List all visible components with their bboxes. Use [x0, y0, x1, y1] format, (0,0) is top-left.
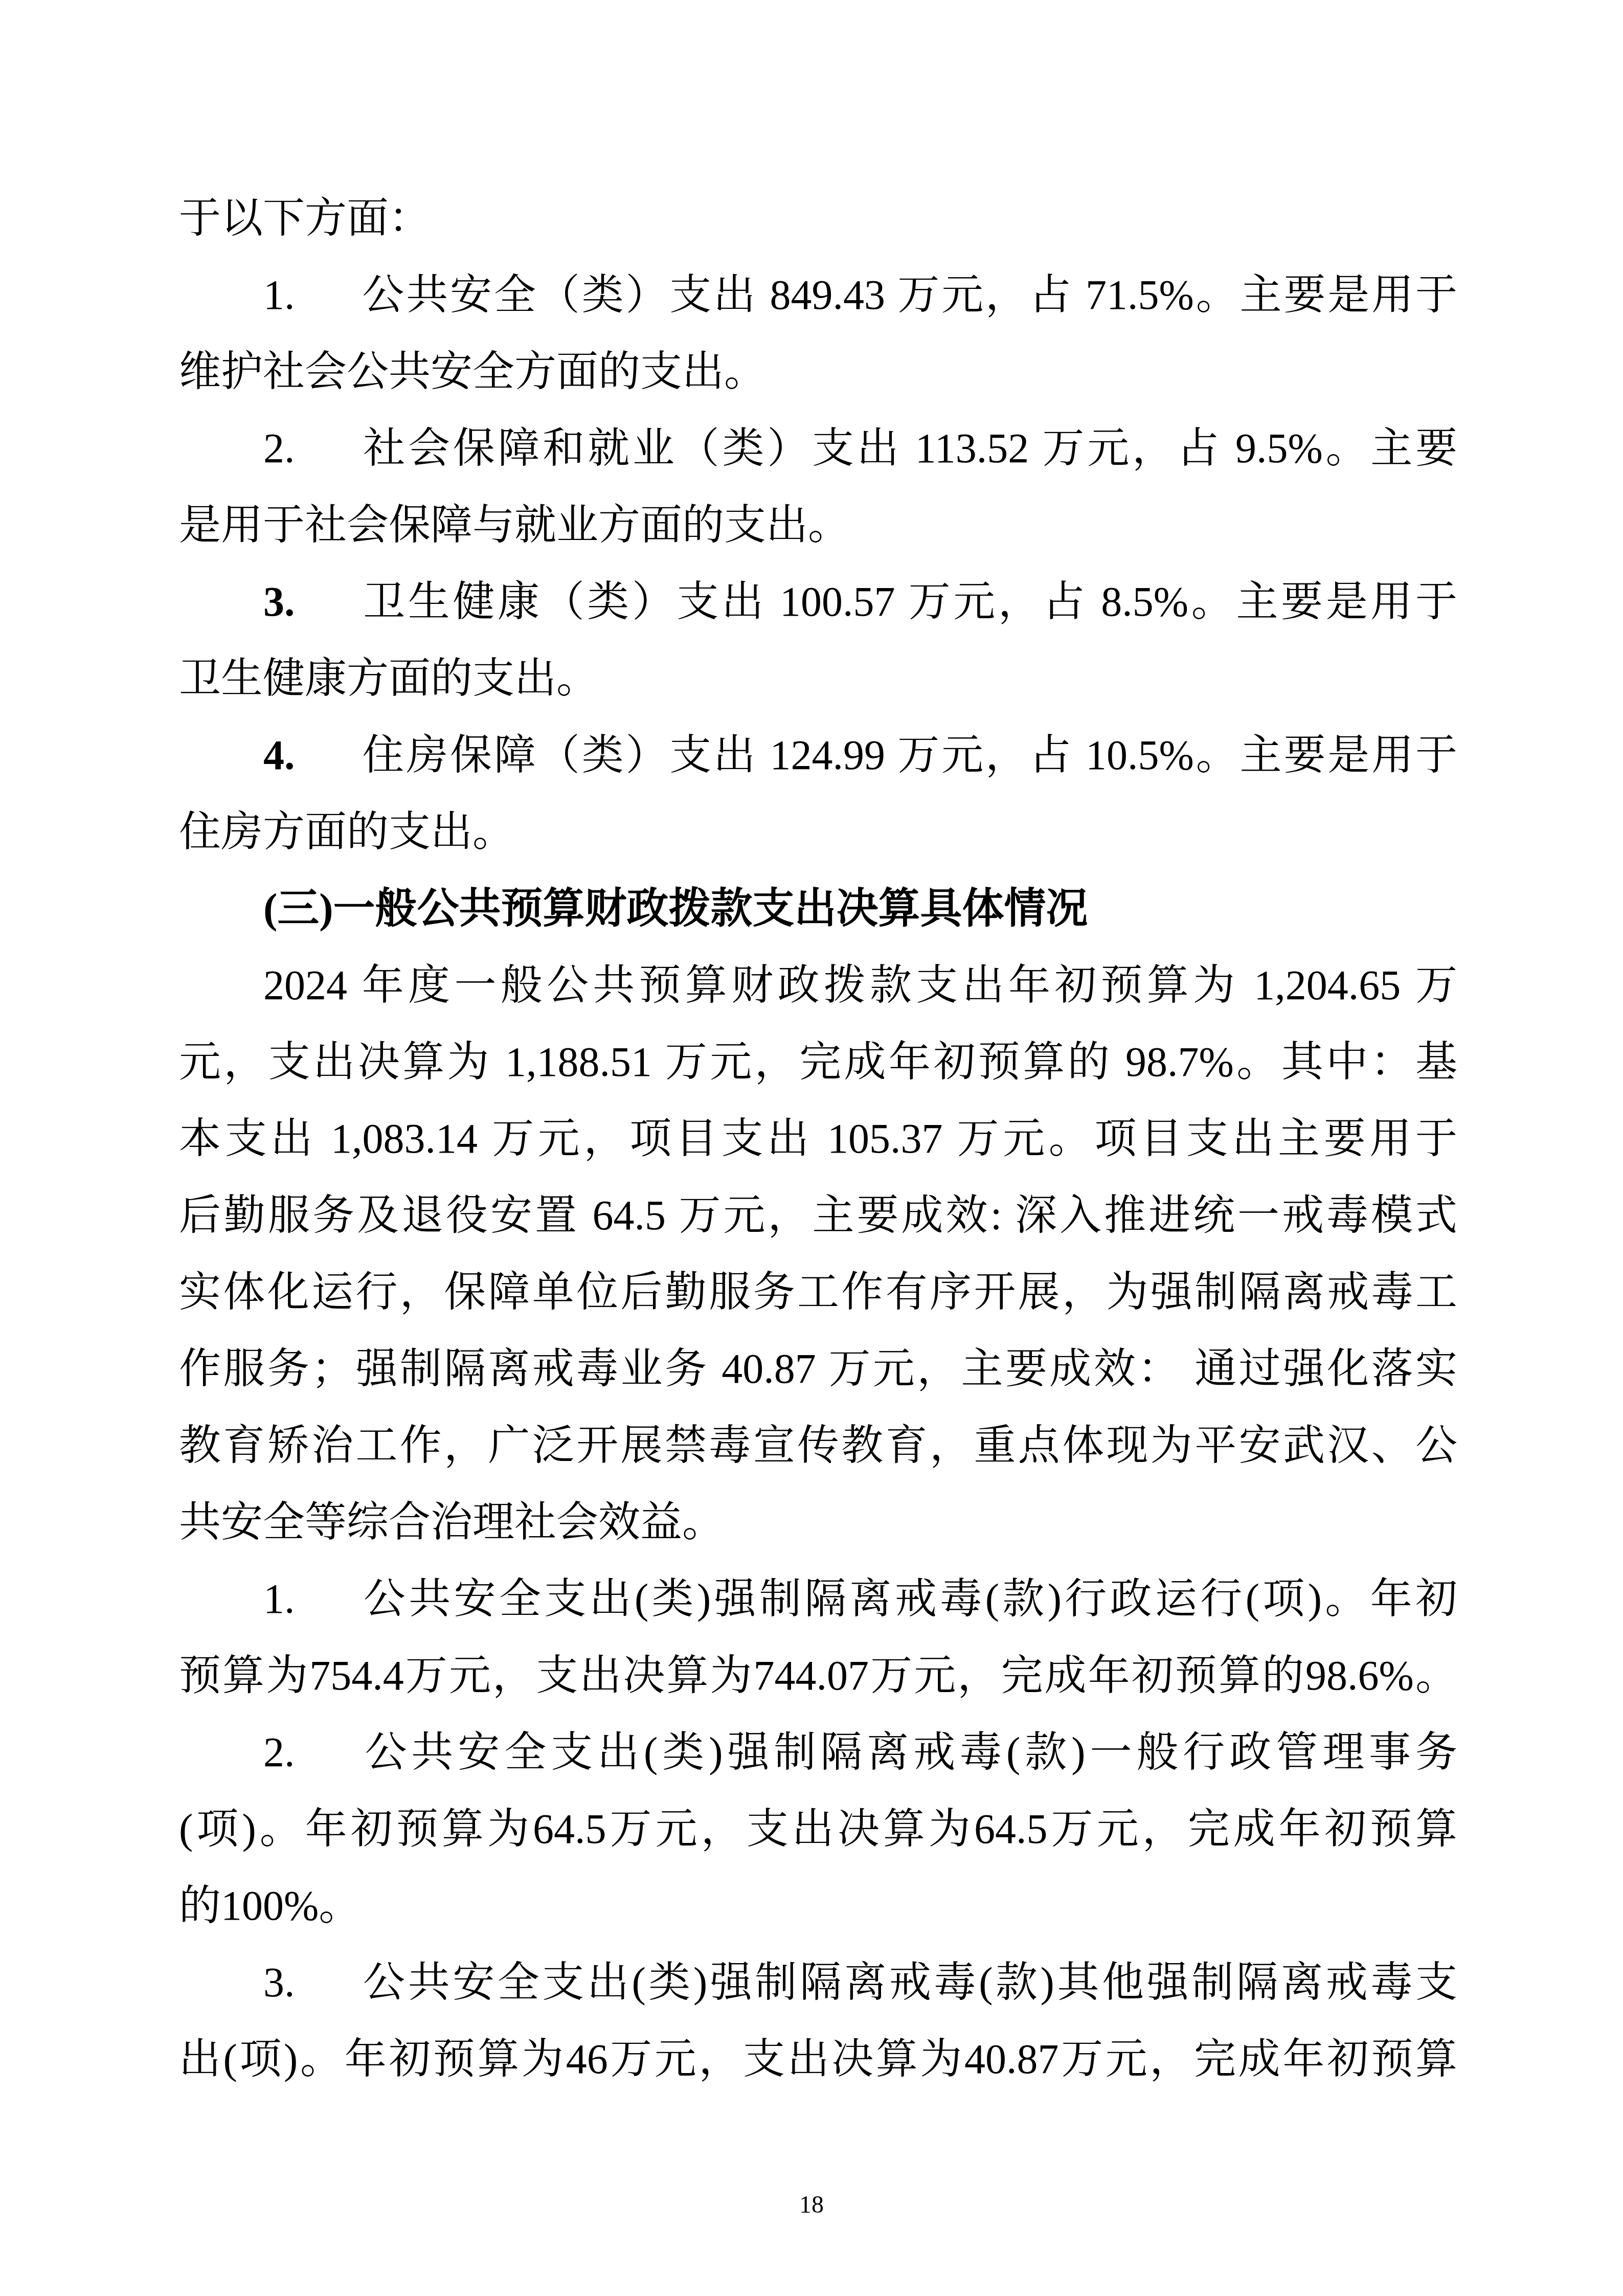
line-text: 出(项)。年初预算为46万元，支出决算为40.87万元，完成年初预算 — [179, 2036, 1457, 2082]
text-line: 本支出 1,083.14 万元，项目支出 105.37 万元。项目支出主要用于 — [179, 1100, 1457, 1177]
document-page: 于以下方面： 1.公共安全（类）支出 849.43 万元，占 71.5%。主要是… — [0, 0, 1623, 2296]
text-line: 卫生健康方面的支出。 — [179, 640, 1457, 717]
line-text: 于以下方面： — [179, 195, 431, 241]
list-marker: 4. — [263, 732, 295, 778]
line-text: 本支出 1,083.14 万元，项目支出 105.37 万元。项目支出主要用于 — [179, 1115, 1457, 1162]
line-text: 社会保障和就业（类）支出 113.52 万元，占 9.5%。主要 — [360, 425, 1458, 471]
text-line: 维护社会公共安全方面的支出。 — [179, 333, 1457, 410]
list-item-line: 1.公共安全支出(类)强制隔离戒毒(款)行政运行(项)。年初 — [179, 1561, 1457, 1637]
line-text: 公共安全支出(类)强制隔离戒毒(款)一般行政管理事务 — [360, 1729, 1458, 1775]
list-item-line: 3.公共安全支出(类)强制隔离戒毒(款)其他强制隔离戒毒支 — [179, 1944, 1457, 2021]
line-text: 是用于社会保障与就业方面的支出。 — [179, 502, 850, 548]
line-text: 2024 年度一般公共预算财政拨款支出年初预算为 1,204.65 万 — [263, 962, 1457, 1008]
page-number: 18 — [799, 2191, 824, 2218]
text-line: 2024 年度一般公共预算财政拨款支出年初预算为 1,204.65 万 — [179, 947, 1457, 1024]
line-text: 的100%。 — [179, 1882, 360, 1929]
list-item-line: 2.社会保障和就业（类）支出 113.52 万元，占 9.5%。主要 — [179, 410, 1457, 487]
text-line: 教育矫治工作，广泛开展禁毒宣传教育，重点体现为平安武汉、公 — [179, 1407, 1457, 1484]
list-item-line: 1.公共安全（类）支出 849.43 万元，占 71.5%。主要是用于 — [179, 257, 1457, 333]
list-item-line: 4.住房保障（类）支出 124.99 万元，占 10.5%。主要是用于 — [179, 717, 1457, 794]
text-line: 实体化运行，保障单位后勤服务工作有序开展，为强制隔离戒毒工 — [179, 1254, 1457, 1331]
list-item-line: 2.公共安全支出(类)强制隔离戒毒(款)一般行政管理事务 — [179, 1714, 1457, 1791]
section-heading: (三)一般公共预算财政拨款支出决算具体情况 — [179, 870, 1457, 947]
line-text: 元，支出决算为 1,188.51 万元，完成年初预算的 98.7%。其中：基 — [179, 1039, 1457, 1085]
line-text: 共安全等综合治理社会效益。 — [179, 1499, 724, 1545]
text-line: 后勤服务及退役安置 64.5 万元，主要成效: 深入推进统一戒毒模式 — [179, 1177, 1457, 1254]
line-text: 后勤服务及退役安置 64.5 万元，主要成效: 深入推进统一戒毒模式 — [179, 1192, 1457, 1239]
list-marker: 3. — [263, 1959, 295, 2006]
text-line: 元，支出决算为 1,188.51 万元，完成年初预算的 98.7%。其中：基 — [179, 1024, 1457, 1100]
line-text: 公共安全支出(类)强制隔离戒毒(款)行政运行(项)。年初 — [360, 1575, 1458, 1622]
text-line: 是用于社会保障与就业方面的支出。 — [179, 487, 1457, 564]
text-line: 于以下方面： — [179, 180, 1457, 257]
line-text: 预算为754.4万元，支出决算为744.07万元，完成年初预算的98.6%。 — [179, 1652, 1457, 1699]
text-line: 预算为754.4万元，支出决算为744.07万元，完成年初预算的98.6%。 — [179, 1637, 1457, 1714]
line-text: 住房保障（类）支出 124.99 万元，占 10.5%。主要是用于 — [360, 732, 1458, 778]
line-text: 公共安全支出(类)强制隔离戒毒(款)其他强制隔离戒毒支 — [360, 1959, 1458, 2006]
line-text: 住房方面的支出。 — [179, 808, 514, 855]
list-marker: 3. — [263, 578, 295, 625]
line-text: 实体化运行，保障单位后勤服务工作有序开展，为强制隔离戒毒工 — [179, 1269, 1457, 1315]
line-text: 维护社会公共安全方面的支出。 — [179, 348, 766, 395]
text-line: 出(项)。年初预算为46万元，支出决算为40.87万元，完成年初预算 — [179, 2021, 1457, 2098]
list-item-line: 3.卫生健康（类）支出 100.57 万元，占 8.5%。主要是用于 — [179, 564, 1457, 640]
page-footer: 18 — [0, 2190, 1623, 2220]
line-text: 公共安全（类）支出 849.43 万元，占 71.5%。主要是用于 — [360, 272, 1458, 318]
line-text: 作服务；强制隔离戒毒业务 40.87 万元，主要成效： 通过强化落实 — [179, 1345, 1457, 1392]
line-text: 卫生健康方面的支出。 — [179, 655, 598, 702]
document-body: 于以下方面： 1.公共安全（类）支出 849.43 万元，占 71.5%。主要是… — [179, 180, 1457, 2098]
list-marker: 1. — [263, 272, 295, 318]
list-marker: 2. — [263, 425, 295, 471]
line-text: 教育矫治工作，广泛开展禁毒宣传教育，重点体现为平安武汉、公 — [179, 1422, 1457, 1469]
line-text: (项)。年初预算为64.5万元，支出决算为64.5万元，完成年初预算 — [179, 1806, 1457, 1852]
list-marker: 2. — [263, 1729, 295, 1775]
text-line: 的100%。 — [179, 1867, 1457, 1944]
line-text: 卫生健康（类）支出 100.57 万元，占 8.5%。主要是用于 — [360, 578, 1458, 625]
text-line: 作服务；强制隔离戒毒业务 40.87 万元，主要成效： 通过强化落实 — [179, 1331, 1457, 1407]
text-line: 住房方面的支出。 — [179, 794, 1457, 870]
list-marker: 1. — [263, 1575, 295, 1622]
text-line: 共安全等综合治理社会效益。 — [179, 1484, 1457, 1561]
text-line: (项)。年初预算为64.5万元，支出决算为64.5万元，完成年初预算 — [179, 1791, 1457, 1867]
heading-text: (三)一般公共预算财政拨款支出决算具体情况 — [263, 885, 1088, 932]
